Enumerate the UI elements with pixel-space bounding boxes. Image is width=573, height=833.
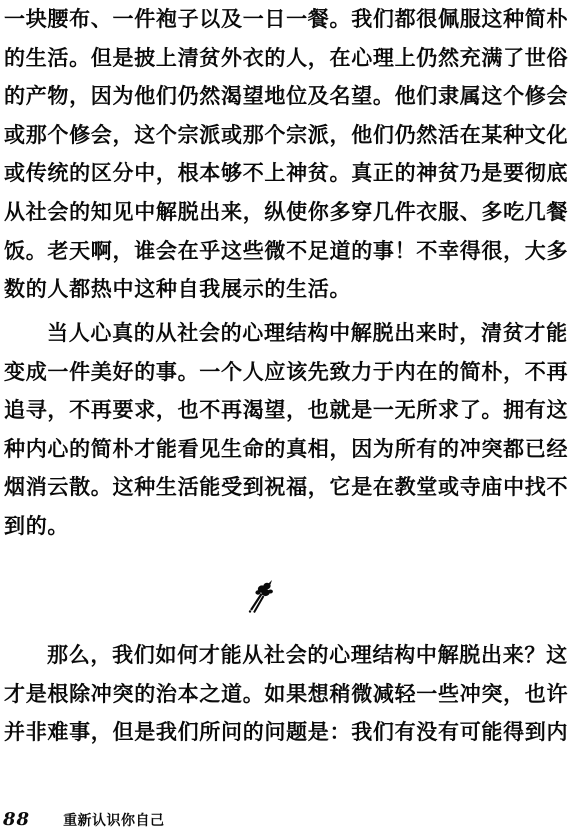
paragraph: 当人心真的从社会的心理结构中解脱出来时，清贫才能 变成一件美好的事。一个人应该先…	[4, 314, 570, 546]
text-line: 追寻，不再要求，也不再渴望，也就是一无所求了。拥有这	[4, 391, 570, 430]
book-page: 一块腰布、一件袍子以及一日一餐。我们都很佩服这种简朴 的生活。但是披上清贫外衣的…	[0, 0, 573, 833]
paragraph: 那么，我们如何才能从社会的心理结构中解脱出来？这 才是根除冲突的治本之道。如果想…	[4, 636, 570, 752]
text-line: 的产物，因为他们仍然渴望地位及名望。他们隶属这个修会	[4, 77, 570, 116]
floral-fleuron-icon	[248, 580, 274, 614]
page-footer: 88 重新认识你自己	[3, 809, 165, 830]
text-line: 一块腰布、一件袍子以及一日一餐。我们都很佩服这种简朴	[4, 0, 570, 39]
text-line: 并非难事，但是我们所问的问题是：我们有没有可能得到内	[4, 713, 570, 752]
text-line: 变成一件美好的事。一个人应该先致力于内在的简朴，不再	[4, 353, 570, 392]
text-line: 或传统的区分中，根本够不上神贫。真正的神贫乃是要彻底	[4, 154, 570, 193]
text-line: 从社会的知见中解脱出来，纵使你多穿几件衣服、多吃几餐	[4, 193, 570, 232]
text-line: 饭。老天啊，谁会在乎这些微不足道的事！不幸得很，大多	[4, 232, 570, 271]
paragraph: 一块腰布、一件袍子以及一日一餐。我们都很佩服这种简朴 的生活。但是披上清贫外衣的…	[4, 0, 570, 309]
text-line: 当人心真的从社会的心理结构中解脱出来时，清贫才能	[4, 314, 570, 353]
text-line: 那么，我们如何才能从社会的心理结构中解脱出来？这	[4, 636, 570, 675]
text-line: 烟消云散。这种生活能受到祝福，它是在教堂或寺庙中找不	[4, 468, 570, 507]
book-title: 重新认识你自己	[63, 810, 165, 830]
text-line: 才是根除冲突的治本之道。如果想稍微减轻一些冲突，也许	[4, 675, 570, 714]
text-line: 或那个修会，这个宗派或那个宗派，他们仍然活在某种文化	[4, 116, 570, 155]
text-line: 种内心的简朴才能看见生命的真相，因为所有的冲突都已经	[4, 430, 570, 469]
text-line: 数的人都热中这种自我展示的生活。	[4, 270, 570, 309]
page-number: 88	[3, 809, 30, 830]
text-line: 的生活。但是披上清贫外衣的人，在心理上仍然充满了世俗	[4, 39, 570, 78]
text-line: 到的。	[4, 507, 570, 546]
